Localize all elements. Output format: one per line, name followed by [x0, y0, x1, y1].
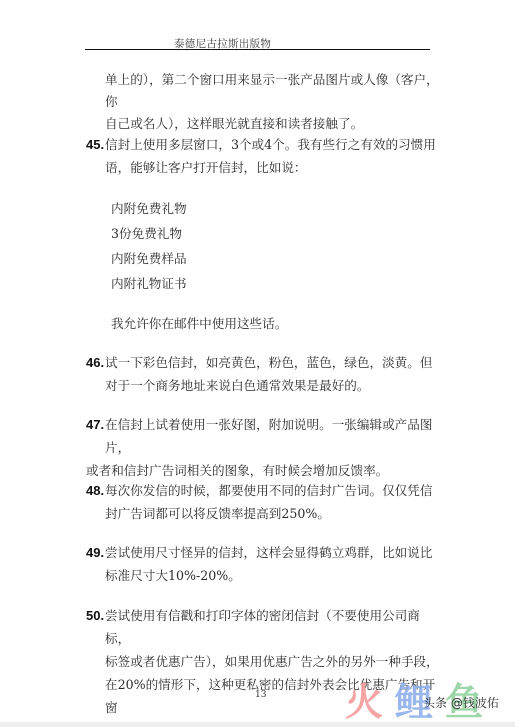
text-line: 尝试使用尺寸怪异的信封，这样会显得鹤立鸡群，比如说比	[105, 541, 441, 564]
text-line: 自己或名人），这样眼光就直接和读者接触了。	[105, 113, 440, 135]
text-line: 信封上使用多层窗口，3个或4个。我有些行之有效的习惯用	[105, 133, 441, 156]
item-number: 48.	[86, 479, 104, 502]
text-line: 试一下彩色信封，如亮黄色，粉色，蓝色，绿色，淡黄。但	[105, 351, 441, 374]
item-number: 47.	[86, 413, 104, 436]
item-number: 50.	[86, 604, 104, 627]
text-line: 在信封上试着使用一张好图，附加说明。一张编辑或产品图片，	[105, 413, 441, 459]
page-number: 13	[255, 690, 266, 700]
logo-char-fire: 火	[345, 680, 383, 724]
example-phrase: 3份免费礼物	[111, 223, 182, 242]
text-line: 语，能够让客户打开信封，比如说：	[105, 156, 441, 179]
list-item-46: 46. 试一下彩色信封，如亮黄色，粉色，蓝色，绿色，淡黄。但 对于一个商务地址来…	[86, 351, 441, 397]
permission-note: 我允许你在邮件中使用这些话。	[111, 313, 287, 332]
example-phrase: 内附免费样品	[111, 248, 187, 267]
list-item-47: 47. 在信封上试着使用一张好图，附加说明。一张编辑或产品图片， 或者和信封广告…	[86, 413, 441, 482]
item-number: 46.	[86, 351, 104, 374]
item-number: 45.	[86, 133, 104, 156]
text-line: 标准尺寸大10%-20%。	[105, 564, 441, 587]
text-line: 封广告词都可以将反馈率提高到250%。	[105, 502, 441, 525]
watermark-caption: 头条 @钱波佑	[423, 694, 499, 711]
example-phrase: 内附礼物证书	[111, 273, 187, 292]
text-line: 标签或者优惠广告），如果用优惠广告之外的另外一种手段，	[105, 650, 441, 673]
example-phrase: 内附免费礼物	[111, 198, 187, 217]
item-number: 49.	[86, 541, 104, 564]
text-line: 每次你发信的时候，都要使用不同的信封广告词。仅仅凭信	[105, 479, 441, 502]
continuation-paragraph: 单上的），第二个窗口用来显示一张产品图片或人像（客户，你 自己或名人），这样眼光…	[105, 69, 440, 135]
list-item-49: 49. 尝试使用尺寸怪异的信封，这样会显得鹤立鸡群，比如说比 标准尺寸大10%-…	[86, 541, 441, 587]
list-item-48: 48. 每次你发信的时候，都要使用不同的信封广告词。仅仅凭信 封广告词都可以将反…	[86, 479, 441, 525]
text-line: 尝试使用有信戳和打印字体的密闭信封（不要使用公司商标，	[105, 604, 441, 650]
watermark-logo: 火 鲤 鱼 头条 @钱波佑	[345, 680, 515, 727]
document-page: 泰德尼古拉斯出版物 单上的），第二个窗口用来显示一张产品图片或人像（客户，你 自…	[0, 0, 515, 727]
text-line: 对于一个商务地址来说白色通常效果是最好的。	[105, 374, 441, 397]
list-item-45: 45. 信封上使用多层窗口，3个或4个。我有些行之有效的习惯用 语，能够让客户打…	[86, 133, 441, 179]
bottom-edge	[0, 722, 515, 727]
header-divider	[85, 49, 430, 50]
text-line: 单上的），第二个窗口用来显示一张产品图片或人像（客户，你	[105, 69, 440, 113]
